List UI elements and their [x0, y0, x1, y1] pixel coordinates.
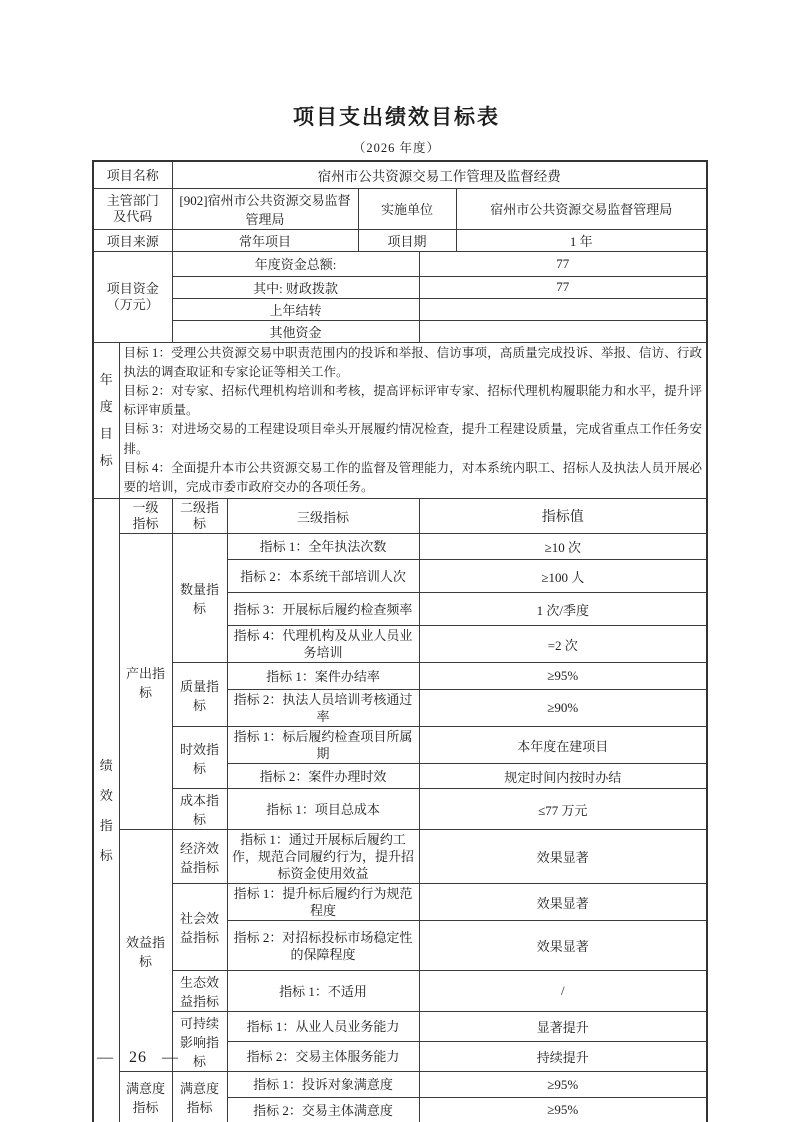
goal-1: 目标 1：受理公共资源交易中职责范围内的投诉和举报、信访事项，高质量完成投诉、举… — [124, 344, 703, 382]
goal-2: 目标 2：对专家、招标代理机构培训和考核，提高评标评审专家、招标代理机构履职能力… — [124, 382, 703, 420]
indicator: 指标 2：交易主体满意度 — [227, 1098, 419, 1122]
funds-row-label: 年度资金总额: — [172, 251, 419, 276]
indicator-value: ≤77 万元 — [419, 789, 707, 830]
indicator-value: 效果显著 — [419, 830, 707, 884]
level1-satisfaction: 满意度指标 — [119, 1072, 172, 1122]
indicator-value: =2 次 — [419, 626, 707, 663]
level2-sustainable: 可持续影响指标 — [172, 1012, 227, 1072]
indicator: 指标 2：对招标投标市场稳定性的保障程度 — [227, 921, 419, 971]
project-name-value: 宿州市公共资源交易工作管理及监督经费 — [172, 161, 707, 188]
goal-3: 目标 3：对进场交易的工程建设项目牵头开展履约情况检查，提升工程建设质量，完成省… — [124, 420, 703, 458]
level2-quantity: 数量指标 — [172, 534, 227, 663]
funds-row-value: 77 — [419, 251, 707, 276]
funds-row-label: 其中: 财政拨款 — [172, 276, 419, 298]
document-page: 项目支出绩效目标表 （2026 年度） 项目名称 宿州市公共资源交易工作管理及监… — [0, 0, 793, 1122]
indicator: 指标 3：开展标后履约检查频率 — [227, 593, 419, 626]
header-value: 指标值 — [419, 499, 707, 534]
period-value: 1 年 — [456, 229, 707, 251]
indicator: 指标 1：通过开展标后履约工作，规范合同履约行为，提升招标资金使用效益 — [227, 830, 419, 884]
indicator-value: / — [419, 971, 707, 1012]
funds-row-value: 77 — [419, 276, 707, 298]
funds-row-label: 其他资金 — [172, 320, 419, 342]
indicator-value: 规定时间内按时办结 — [419, 764, 707, 789]
header-level3: 三级指标 — [227, 499, 419, 534]
indicator: 指标 1：项目总成本 — [227, 789, 419, 830]
impl-unit-label: 实施单位 — [358, 188, 456, 229]
indicator-value: 持续提升 — [419, 1042, 707, 1072]
indicator: 指标 1：不适用 — [227, 971, 419, 1012]
performance-label: 绩效指标 — [93, 499, 119, 1122]
funds-label: 项目资金 （万元） — [93, 251, 172, 342]
indicator: 指标 1：投诉对象满意度 — [227, 1072, 419, 1098]
dept-value: [902]宿州市公共资源交易监督管理局 — [172, 188, 358, 229]
indicator-value: 1 次/季度 — [419, 593, 707, 626]
page-title: 项目支出绩效目标表 — [0, 101, 793, 131]
annual-goals-text: 目标 1：受理公共资源交易中职责范围内的投诉和举报、信访事项，高质量完成投诉、举… — [119, 342, 707, 499]
period-label: 项目期 — [358, 229, 456, 251]
funds-row-value — [419, 320, 707, 342]
level2-satisfaction: 满意度指标 — [172, 1072, 227, 1122]
page-number: — 26 — — [97, 1049, 179, 1067]
indicator-value: ≥10 次 — [419, 534, 707, 560]
performance-target-table: 项目名称 宿州市公共资源交易工作管理及监督经费 主管部门 及代码 [902]宿州… — [92, 160, 708, 1122]
level2-cost: 成本指标 — [172, 789, 227, 830]
indicator: 指标 2：案件办理时效 — [227, 764, 419, 789]
header-level2: 二级指 标 — [172, 499, 227, 534]
goal-4: 目标 4：全面提升本市公共资源交易工作的监督及管理能力，对本系统内职工、招标人及… — [124, 459, 703, 497]
funds-row-value — [419, 298, 707, 320]
project-name-label: 项目名称 — [93, 161, 172, 188]
indicator: 指标 2：执法人员培训考核通过率 — [227, 690, 419, 727]
dept-label: 主管部门 及代码 — [93, 188, 172, 229]
level1-benefit: 效益指标 — [119, 830, 172, 1072]
indicator-value: ≥100 人 — [419, 560, 707, 593]
indicator: 指标 2：本系统干部培训人次 — [227, 560, 419, 593]
level2-economic: 经济效益指标 — [172, 830, 227, 884]
source-label: 项目来源 — [93, 229, 172, 251]
indicator: 指标 1：标后履约检查项目所属期 — [227, 727, 419, 764]
level1-output: 产出指标 — [119, 534, 172, 830]
indicator-value: 效果显著 — [419, 884, 707, 921]
indicator: 指标 1：全年执法次数 — [227, 534, 419, 560]
level2-ecological: 生态效益指标 — [172, 971, 227, 1012]
header-level1: 一级 指标 — [119, 499, 172, 534]
indicator: 指标 1：案件办结率 — [227, 663, 419, 690]
page-subtitle: （2026 年度） — [0, 138, 793, 156]
indicator-value: 效果显著 — [419, 921, 707, 971]
level2-quality: 质量指标 — [172, 663, 227, 727]
indicator-value: ≥95% — [419, 1098, 707, 1122]
impl-unit-value: 宿州市公共资源交易监督管理局 — [456, 188, 707, 229]
source-value: 常年项目 — [172, 229, 358, 251]
indicator: 指标 4：代理机构及从业人员业务培训 — [227, 626, 419, 663]
indicator-value: 本年度在建项目 — [419, 727, 707, 764]
indicator: 指标 1：从业人员业务能力 — [227, 1012, 419, 1042]
indicator-value: ≥95% — [419, 663, 707, 690]
indicator-value: ≥95% — [419, 1072, 707, 1098]
annual-goals-label: 年度目标 — [93, 342, 119, 499]
funds-row-label: 上年结转 — [172, 298, 419, 320]
indicator: 指标 2：交易主体服务能力 — [227, 1042, 419, 1072]
indicator-value: 显著提升 — [419, 1012, 707, 1042]
level2-timeliness: 时效指标 — [172, 727, 227, 789]
level2-social: 社会效益指标 — [172, 884, 227, 971]
indicator-value: ≥90% — [419, 690, 707, 727]
indicator: 指标 1：提升标后履约行为规范程度 — [227, 884, 419, 921]
